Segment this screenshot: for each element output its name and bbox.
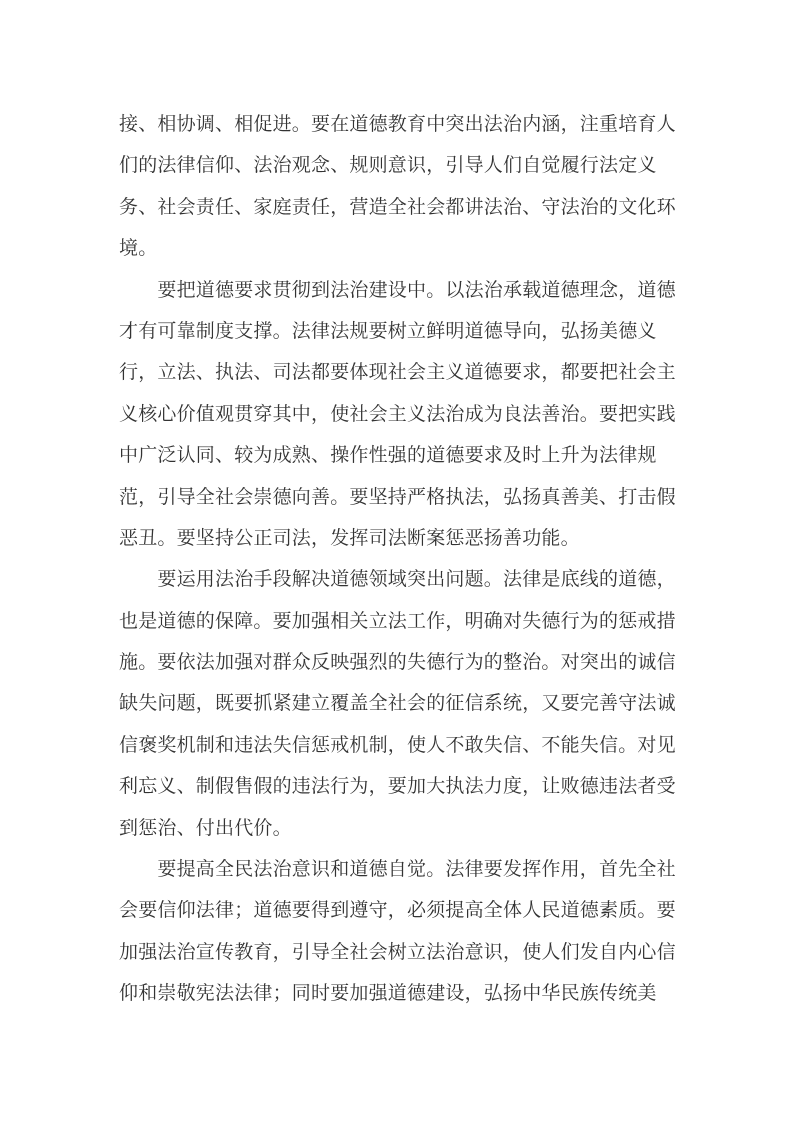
text-line: 信褒奖机制和违法失信惩戒机制，使人不敢失信、不能失信。对见	[119, 725, 685, 766]
text-line: 加强法治宣传教育，引导全社会树立法治意识，使人们发自内心信	[119, 932, 685, 973]
paragraph: 要把道德要求贯彻到法治建设中。以法治承载道德理念，道德 才有可靠制度支撑。法律法…	[119, 270, 685, 560]
text-line: 仰和崇敬宪法法律；同时要加强道德建设，弘扬中华民族传统美	[119, 973, 685, 1014]
text-line: 利忘义、制假售假的违法行为，要加大执法力度，让败德违法者受	[119, 766, 685, 807]
text-line: 们的法律信仰、法治观念、规则意识，引导人们自觉履行法定义	[119, 145, 685, 186]
text-line: 范，引导全社会崇德向善。要坚持严格执法，弘扬真善美、打击假	[119, 477, 685, 518]
text-line: 缺失问题，既要抓紧建立覆盖全社会的征信系统，又要完善守法诚	[119, 683, 685, 724]
text-line: 中广泛认同、较为成熟、操作性强的道德要求及时上升为法律规	[119, 435, 685, 476]
text-line: 恶丑。要坚持公正司法，发挥司法断案惩恶扬善功能。	[119, 518, 685, 559]
text-line: 要运用法治手段解决道德领域突出问题。法律是底线的道德，	[119, 559, 685, 600]
paragraph: 接、相协调、相促进。要在道德教育中突出法治内涵，注重培育人 们的法律信仰、法治观…	[119, 104, 685, 270]
text-line: 要提高全民法治意识和道德自觉。法律要发挥作用，首先全社	[119, 849, 685, 890]
paragraph: 要运用法治手段解决道德领域突出问题。法律是底线的道德， 也是道德的保障。要加强相…	[119, 559, 685, 849]
text-line: 义核心价值观贯穿其中，使社会主义法治成为良法善治。要把实践	[119, 394, 685, 435]
text-block: 接、相协调、相促进。要在道德教育中突出法治内涵，注重培育人 们的法律信仰、法治观…	[119, 104, 685, 1015]
text-line: 境。	[119, 228, 685, 269]
text-line: 到惩治、付出代价。	[119, 808, 685, 849]
text-line: 务、社会责任、家庭责任，营造全社会都讲法治、守法治的文化环	[119, 187, 685, 228]
text-line: 也是道德的保障。要加强相关立法工作，明确对失德行为的惩戒措	[119, 601, 685, 642]
paragraph: 要提高全民法治意识和道德自觉。法律要发挥作用，首先全社 会要信仰法律；道德要得到…	[119, 849, 685, 1015]
text-line: 才有可靠制度支撑。法律法规要树立鲜明道德导向，弘扬美德义	[119, 311, 685, 352]
text-line: 会要信仰法律；道德要得到遵守，必须提高全体人民道德素质。要	[119, 890, 685, 931]
text-line: 施。要依法加强对群众反映强烈的失德行为的整治。对突出的诚信	[119, 642, 685, 683]
text-line: 行，立法、执法、司法都要体现社会主义道德要求，都要把社会主	[119, 352, 685, 393]
text-line: 接、相协调、相促进。要在道德教育中突出法治内涵，注重培育人	[119, 104, 685, 145]
document-page: 接、相协调、相促进。要在道德教育中突出法治内涵，注重培育人 们的法律信仰、法治观…	[0, 0, 800, 1130]
text-line: 要把道德要求贯彻到法治建设中。以法治承载道德理念，道德	[119, 270, 685, 311]
